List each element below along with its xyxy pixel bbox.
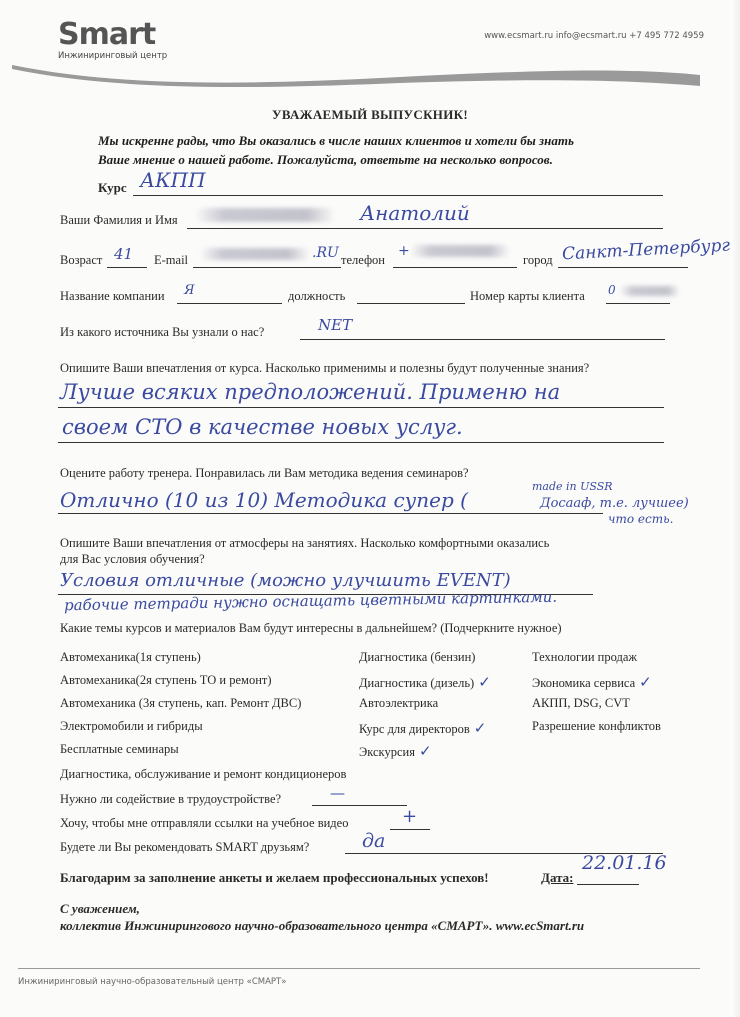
answer-line <box>58 442 664 443</box>
trainer-note-mid[interactable]: Досааф, т.е. лучшее) <box>540 496 689 511</box>
atmosphere-answer-2[interactable]: рабочие тетради нужно оснащать цветными … <box>64 588 557 615</box>
name-line <box>187 228 663 229</box>
source-label: Из какого источника Вы узнали о нас? <box>60 325 264 340</box>
recommend-label: Будете ли Вы рекомендовать SMART друзьям… <box>60 840 309 855</box>
intro-line-1: Мы искренне рады, что Вы оказались в чис… <box>98 131 574 150</box>
topic-item[interactable]: Технологии продаж <box>532 650 637 665</box>
employment-value[interactable]: — <box>330 784 345 802</box>
video-value[interactable]: + <box>402 806 417 827</box>
course-value[interactable]: АКПП <box>140 168 206 192</box>
trainer-label: Оцените работу тренера. Понравилась ли В… <box>60 466 469 481</box>
header-contacts: www.ecsmart.ru info@ecsmart.ru +7 495 77… <box>484 31 704 41</box>
redacted-card <box>620 286 680 296</box>
position-label: должность <box>288 289 345 304</box>
source-value[interactable]: NET <box>318 316 352 334</box>
name-label: Ваши Фамилия и Имя <box>60 213 178 228</box>
check-mark-icon: ✓ <box>419 744 432 760</box>
card-line <box>606 303 670 304</box>
scan-edge <box>730 0 740 1017</box>
email-label: E-mail <box>154 253 188 268</box>
trainer-note-bottom[interactable]: что есть. <box>608 512 673 526</box>
logo-main: Smart <box>58 20 167 50</box>
phone-value[interactable]: + <box>398 243 410 259</box>
topic-label: Технологии продаж <box>532 650 637 664</box>
check-mark-icon: ✓ <box>478 675 491 691</box>
atmosphere-answer-1[interactable]: Условия отличные (можно улучшить EVENT) <box>60 570 511 591</box>
check-mark-icon: ✓ <box>639 675 652 691</box>
topic-extra[interactable]: Диагностика, обслуживание и ремонт конди… <box>60 767 346 782</box>
topic-item[interactable]: Экономика сервиса✓ <box>532 673 652 692</box>
page-title: УВАЖАЕМЫЙ ВЫПУСКНИК! <box>0 107 740 123</box>
company-line <box>177 303 282 304</box>
check-mark-icon: ✓ <box>474 721 487 737</box>
trainer-note-top[interactable]: made in USSR <box>532 480 613 493</box>
topic-label: Автоэлектрика <box>359 696 438 710</box>
email-value[interactable]: .RU <box>312 245 339 261</box>
source-line <box>300 339 665 340</box>
age-line <box>107 267 147 268</box>
thanks-text: Благодарим за заполнение анкеты и желаем… <box>60 870 489 886</box>
topic-label: Курс для директоров <box>359 722 470 736</box>
topic-label: Экскурсия <box>359 745 415 759</box>
topic-label: Автомеханика (3я ступень, кап. Ремонт ДВ… <box>60 696 301 710</box>
topic-label: Разрешение конфликтов <box>532 719 661 733</box>
company-label: Название компании <box>60 289 165 304</box>
redacted-phone <box>410 245 510 257</box>
city-value[interactable]: Санкт-Петербург <box>562 236 731 265</box>
topic-item[interactable]: Диагностика (дизель)✓ <box>359 673 491 692</box>
phone-line <box>393 267 517 268</box>
topic-label: Диагностика (бензин) <box>359 650 475 664</box>
card-value[interactable]: 0 <box>608 283 616 297</box>
course-line <box>133 195 663 196</box>
course-impressions-label: Опишите Ваши впечатления от курса. Наско… <box>60 361 589 376</box>
atmosphere-label-2: для Вас условия обучения? <box>60 552 205 567</box>
topic-item[interactable]: Автомеханика (3я ступень, кап. Ремонт ДВ… <box>60 696 301 711</box>
answer-line <box>58 513 603 514</box>
topic-label: Экономика сервиса <box>532 676 635 690</box>
topic-item[interactable]: Автомеханика(2я ступень ТО и ремонт) <box>60 673 272 688</box>
topic-label: Автомеханика(1я ступень) <box>60 650 201 664</box>
course-impressions-answer-1[interactable]: Лучше всяких предположений. Применю на <box>60 380 560 404</box>
age-label: Возраст <box>60 253 102 268</box>
topic-item[interactable]: Разрешение конфликтов <box>532 719 661 734</box>
topic-label: Автомеханика(2я ступень ТО и ремонт) <box>60 673 272 687</box>
phone-label: телефон <box>341 253 385 268</box>
city-line <box>558 267 688 268</box>
course-impressions-answer-2[interactable]: своем СТО в качестве новых услуг. <box>62 415 463 439</box>
date-value[interactable]: 22.01.16 <box>582 852 667 874</box>
age-value[interactable]: 41 <box>114 245 133 263</box>
company-value[interactable]: Я <box>184 283 195 298</box>
topic-item[interactable]: Курс для директоров✓ <box>359 719 486 738</box>
signature: коллектив Инжинирингового научно-образов… <box>60 918 584 934</box>
video-line <box>390 829 430 830</box>
date-label: Дата: <box>541 870 573 886</box>
video-label: Хочу, чтобы мне отправляли ссылки на уче… <box>60 816 348 831</box>
topic-label: Бесплатные семинары <box>60 742 179 756</box>
email-line <box>193 267 341 268</box>
topic-item[interactable]: Бесплатные семинары <box>60 742 179 757</box>
topics-label: Какие темы курсов и материалов Вам будут… <box>60 621 562 636</box>
atmosphere-label-1: Опишите Ваши впечатления от атмосферы на… <box>60 536 549 551</box>
topic-label: АКПП, DSG, CVT <box>532 696 630 710</box>
footer-text: Инжиниринговый научно-образовательный це… <box>18 977 286 987</box>
regards: С уважением, <box>60 901 140 917</box>
position-line <box>357 303 465 304</box>
footer-divider <box>18 968 700 969</box>
topic-item[interactable]: Автоэлектрика <box>359 696 438 711</box>
topic-item[interactable]: АКПП, DSG, CVT <box>532 696 630 711</box>
employment-label: Нужно ли содействие в трудоустройстве? <box>60 792 281 807</box>
city-label: город <box>523 253 553 268</box>
header-swoosh <box>0 55 740 95</box>
topic-item[interactable]: Автомеханика(1я ступень) <box>60 650 201 665</box>
topic-label: Электромобили и гибриды <box>60 719 203 733</box>
topic-label: Диагностика (дизель) <box>359 676 474 690</box>
employment-line <box>312 805 407 806</box>
topic-item[interactable]: Электромобили и гибриды <box>60 719 203 734</box>
redacted-email <box>200 248 310 260</box>
answer-line <box>58 407 664 408</box>
trainer-answer[interactable]: Отлично (10 из 10) Методика супер ( <box>60 488 468 512</box>
redacted-surname <box>195 208 335 222</box>
recommend-value[interactable]: да <box>362 830 385 852</box>
date-line <box>577 884 639 885</box>
card-label: Номер карты клиента <box>470 289 585 304</box>
intro-text: Мы искренне рады, что Вы оказались в чис… <box>98 131 574 169</box>
course-label: Курс <box>98 180 127 196</box>
intro-line-2: Ваше мнение о нашей работе. Пожалуйста, … <box>98 150 574 169</box>
topic-item[interactable]: Диагностика (бензин) <box>359 650 475 665</box>
name-value[interactable]: Анатолий <box>360 201 470 225</box>
topic-item[interactable]: Экскурсия✓ <box>359 742 432 761</box>
